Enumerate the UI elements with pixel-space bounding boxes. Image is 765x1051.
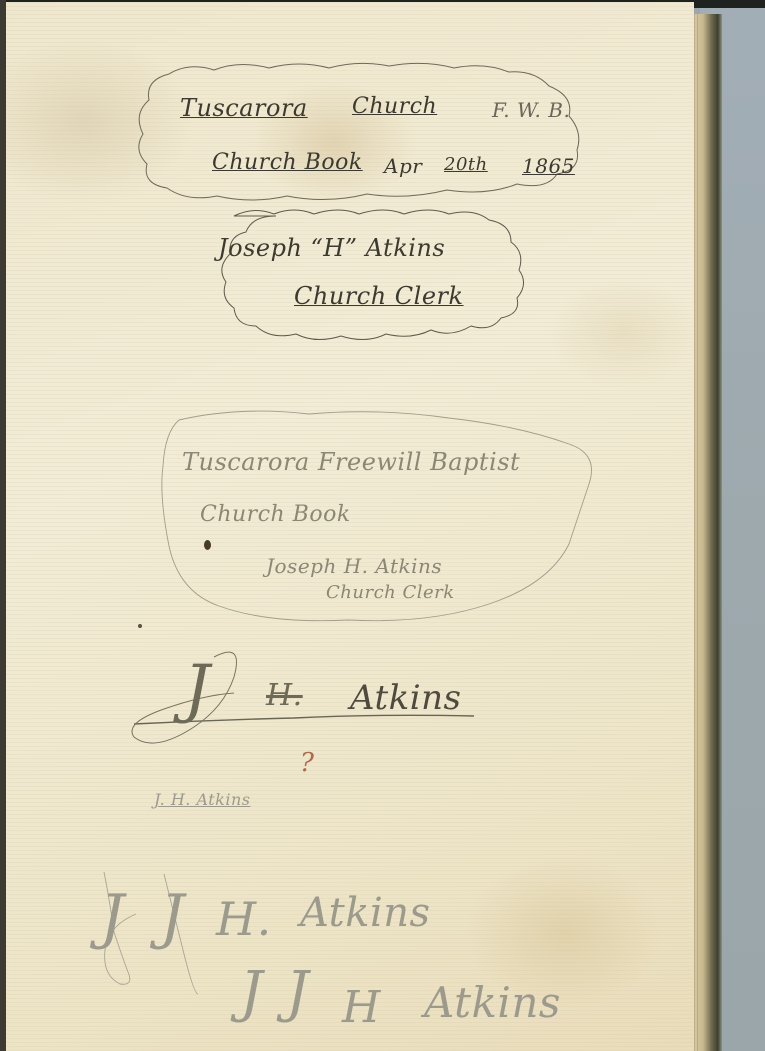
title-church-book: Church Book — [212, 150, 363, 175]
red-question-mark: ? — [300, 748, 314, 778]
pencil-row2-atkins: Atkins — [424, 978, 561, 1027]
signature-small: J. H. Atkins — [154, 790, 251, 809]
ink-dot — [138, 624, 142, 628]
book-page: Tuscarora Church F. W. B. Church Book Ap… — [4, 2, 694, 1051]
second-block-role: Church Clerk — [326, 582, 455, 603]
title-day: 20th — [444, 154, 488, 175]
second-block-name: Joseph H. Atkins — [266, 554, 442, 578]
pencil-row2-j2: J — [286, 960, 309, 1025]
signature-surname: Atkins — [350, 678, 461, 718]
pencil-row1-h: H. — [216, 892, 272, 946]
second-block-line1: Tuscarora Freewill Baptist — [182, 448, 520, 476]
second-block-line2: Church Book — [200, 502, 351, 527]
title-word-fwb: F. W. B. — [492, 98, 570, 122]
ink-blot — [204, 540, 211, 550]
title-month: Apr — [384, 154, 422, 178]
pencil-row1-j1: J — [100, 882, 125, 952]
clerk-name: Joseph “H” Atkins — [218, 234, 445, 262]
signature-initial: J — [184, 652, 210, 726]
clerk-role: Church Clerk — [294, 282, 464, 310]
title-cloud-outline — [139, 63, 579, 200]
pencil-row2-j1: J — [240, 960, 263, 1025]
title-year: 1865 — [522, 154, 575, 178]
signature-middle: H. — [266, 678, 303, 713]
pencil-row1-j2: J — [160, 882, 185, 952]
title-word-tuscarora: Tuscarora — [180, 94, 308, 122]
page-left-shadow — [0, 0, 6, 1051]
pencil-row2-h: H — [342, 982, 381, 1033]
pencil-row1-atkins: Atkins — [300, 890, 431, 936]
clerk-cloud-outline — [222, 210, 524, 340]
title-word-church: Church — [352, 94, 437, 119]
